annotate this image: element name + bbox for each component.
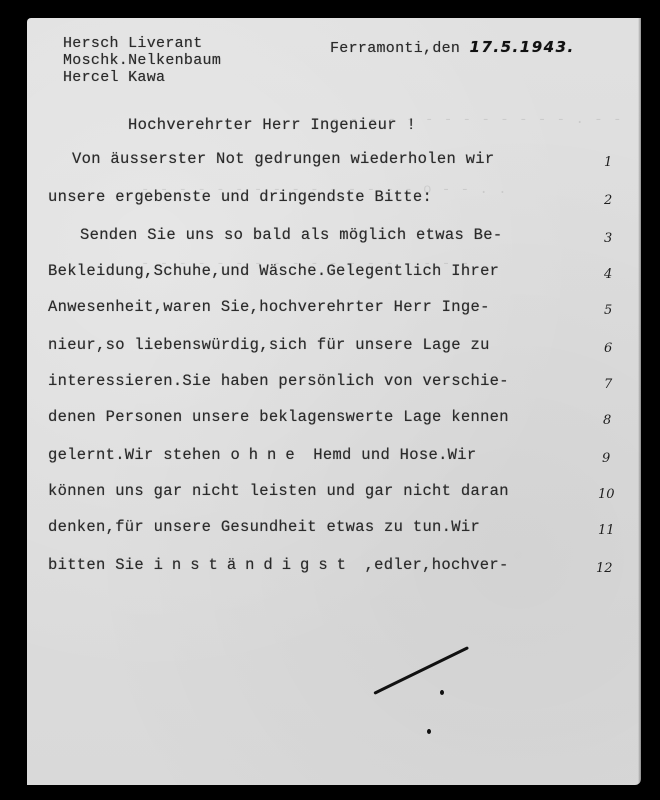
sender-name: Moschk.Nelkenbaum	[63, 52, 221, 69]
handwritten-line-number: 8	[603, 413, 611, 428]
handwritten-line-number: 12	[596, 561, 613, 576]
letter-line: Senden Sie uns so bald als möglich etwas…	[80, 226, 502, 244]
handwritten-line-number: 7	[604, 377, 612, 392]
emphasized-spaced-word: inständigst	[154, 556, 355, 574]
line-text: bitten Sie	[48, 556, 154, 574]
pen-dot-mark	[440, 690, 444, 695]
letter-line: bitten Sie inständigst ,edler,hochver-	[48, 556, 509, 574]
handwritten-line-number: 1	[604, 155, 612, 170]
handwritten-line-number: 3	[604, 231, 612, 246]
handwritten-line-number: 2	[604, 193, 612, 208]
sender-name: Hercel Kawa	[63, 69, 165, 86]
handwritten-line-number: 9	[602, 451, 610, 466]
handwritten-line-number: 6	[604, 341, 612, 356]
letter-line: interessieren.Sie haben persönlich von v…	[48, 372, 509, 390]
pen-dot-mark	[427, 729, 431, 734]
letter-line: Bekleidung,Schuhe,und Wäsche.Gelegentlic…	[48, 262, 499, 280]
line-text: Hemd und Hose.Wir	[304, 446, 477, 464]
letter-line: können uns gar nicht leisten und gar nic…	[48, 482, 509, 500]
place-date: Ferramonti,den 17.5.1943.	[330, 38, 575, 57]
emphasized-spaced-word: ohne	[230, 446, 303, 464]
letter-line: denken,für unsere Gesundheit etwas zu tu…	[48, 518, 480, 536]
line-text: gelernt.Wir stehen	[48, 446, 230, 464]
handwritten-date: 17.5.1943.	[470, 38, 575, 56]
letter-line: Von äusserster Not gedrungen wiederholen…	[72, 150, 494, 168]
letter-line: gelernt.Wir stehen ohne Hemd und Hose.Wi…	[48, 446, 476, 464]
place-date-prefix: Ferramonti,den	[330, 40, 460, 57]
salutation: Hochverehrter Herr Ingenieur !	[128, 116, 416, 134]
handwritten-line-number: 11	[598, 523, 615, 538]
line-text: ,edler,hochver-	[355, 556, 509, 574]
letter-line: nieur,so liebenswürdig,sich für unsere L…	[48, 336, 490, 354]
letter-line: Anwesenheit,waren Sie,hochverehrter Herr…	[48, 298, 490, 316]
handwritten-line-number: 5	[604, 303, 612, 318]
handwritten-line-number: 4	[604, 267, 612, 282]
letter-line: denen Personen unsere beklagenswerte Lag…	[48, 408, 509, 426]
sender-name: Hersch Liverant	[63, 35, 203, 52]
handwritten-line-number: 10	[598, 487, 615, 502]
letter-line: unsere ergebenste und dringendste Bitte:	[48, 188, 432, 206]
